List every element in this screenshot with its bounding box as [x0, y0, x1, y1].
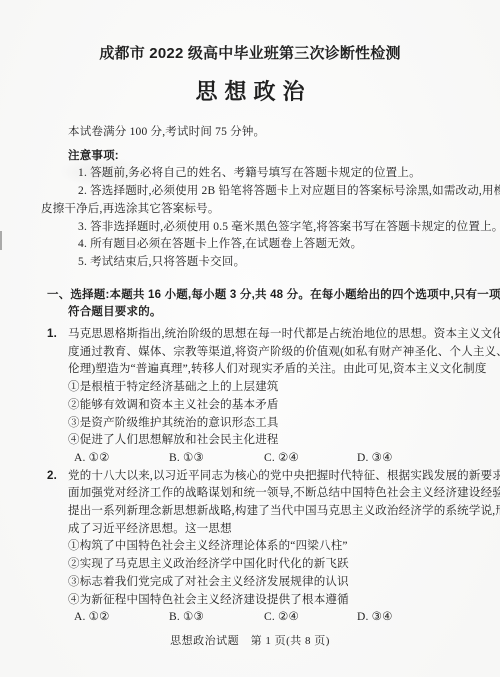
- note-line-1: 1. 答题前,务必将自己的姓名、考籍号填写在答题卡规定的位置上。: [40, 165, 460, 183]
- question-1-choice-a: A. ①②: [74, 450, 169, 468]
- exam-paper-page: 成都市 2022 级高中毕业班第三次诊断性检测 思想政治 本试卷满分 100 分…: [0, 0, 500, 677]
- question-2-line-2: 面加强党对经济工作的战略谋划和统一领导,不断总结中国特色社会主义经济建设经验,: [40, 485, 460, 503]
- page-footer: 思想政治试题 第 1 页(共 8 页): [40, 633, 460, 651]
- question-2-choice-c: C. ②④: [264, 609, 357, 627]
- question-2-item-3: ③标志着我们党完成了对社会主义经济发展规律的认识: [40, 574, 460, 592]
- question-2-number: 2.: [47, 468, 68, 486]
- question-2-line-4: 成了习近平经济思想。这一思想: [40, 521, 460, 539]
- question-2-item-2: ②实现了马克思主义政治经济学中国化时代化的新飞跃: [40, 556, 460, 574]
- exam-title: 成都市 2022 级高中毕业班第三次诊断性检测: [40, 44, 460, 64]
- note-line-5: 5. 考试结束后,只将答题卡交回。: [40, 254, 460, 272]
- note-line-3: 3. 答非选择题时,必须使用 0.5 毫米黑色签字笔,将答案书写在答题卡规定的位…: [40, 219, 460, 237]
- question-2-item-4: ④为新征程中国特色社会主义经济建设提供了根本遵循: [40, 592, 460, 610]
- question-2-choices: A. ①② B. ①③ C. ②④ D. ③④: [40, 609, 460, 627]
- question-1-line-3: 伦理)塑造为“普遍真理”,转移人们对现实矛盾的关注。由此可见,资本主义文化制度: [40, 361, 460, 379]
- question-1-choice-d: D. ③④: [357, 450, 393, 468]
- question-2-line-1: 2.党的十八大以来,以习近平同志为核心的党中央把握时代特征、根据实践发展的新要求…: [40, 468, 460, 486]
- question-1-choices: A. ①② B. ①③ C. ②④ D. ③④: [40, 450, 460, 468]
- note-line-2: 2. 答选择题时,必须使用 2B 铅笔将答题卡上对应题目的答案标号涂黑,如需改动…: [40, 183, 460, 201]
- note-line-2-wrap: 皮擦干净后,再选涂其它答案标号。: [40, 201, 460, 219]
- question-1-item-1: ①是根植于特定经济基础之上的上层建筑: [40, 379, 460, 397]
- question-1-item-4: ④促进了人们思想解放和社会民主化进程: [40, 432, 460, 450]
- question-1-choice-c: C. ②④: [264, 450, 357, 468]
- note-line-4: 4. 所有题目必须在答题卡上作答,在试题卷上答题无效。: [40, 236, 460, 254]
- question-1-stem: 马克思恩格斯指出,统治阶级的思想在每一时代都是占统治地位的思想。资本主义文化制: [68, 328, 500, 340]
- exam-subject: 思想政治: [40, 79, 460, 105]
- question-2-choice-d: D. ③④: [357, 609, 393, 627]
- question-1-item-3: ③是资产阶级维护其统治的意识形态工具: [40, 415, 460, 433]
- question-1-item-2: ②能够有效调和资本主义社会的基本矛盾: [40, 397, 460, 415]
- question-1-line-2: 度通过教育、媒体、宗教等渠道,将资产阶级的价值观(如私有财产神圣化、个人主义、竞…: [40, 344, 460, 362]
- exam-info: 本试卷满分 100 分,考试时间 75 分钟。: [40, 124, 460, 142]
- question-2-line-3: 提出一系列新理念新思想新战略,构建了当代中国马克思主义政治经济学的系统学说,形: [40, 503, 460, 521]
- section-heading-line-2: 符合题目要求的。: [40, 304, 460, 322]
- question-2-item-1: ①构筑了中国特色社会主义经济理论体系的“四梁八柱”: [40, 538, 460, 556]
- scan-artifact-mark: [0, 231, 2, 250]
- question-2-stem: 党的十八大以来,以习近平同志为核心的党中央把握时代特征、根据实践发展的新要求,全: [68, 470, 500, 482]
- section-heading-line-1: 一、选择题:本题共 16 小题,每小题 3 分,共 48 分。在每小题给出的四个…: [40, 287, 460, 305]
- question-1-choice-b: B. ①③: [169, 450, 264, 468]
- question-2-choice-b: B. ①③: [169, 609, 264, 627]
- question-1-line-1: 1.马克思恩格斯指出,统治阶级的思想在每一时代都是占统治地位的思想。资本主义文化…: [40, 326, 460, 344]
- question-1-number: 1.: [47, 326, 68, 344]
- question-2-choice-a: A. ①②: [74, 609, 169, 627]
- notes-heading: 注意事项:: [40, 148, 460, 166]
